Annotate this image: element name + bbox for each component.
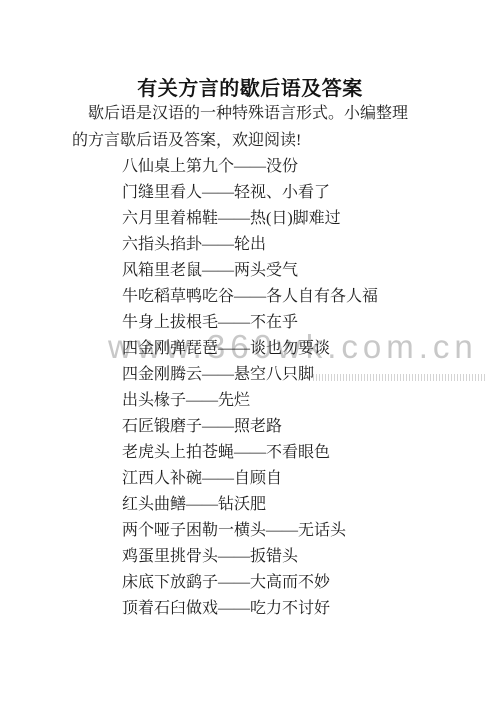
page-title: 有关方言的歇后语及答案 bbox=[0, 72, 500, 101]
list-item: 六指头掐卦——轮出 bbox=[122, 232, 480, 258]
list-item: 江西人补碗——自顾自 bbox=[122, 466, 480, 492]
list-item: 四金刚弹琵琶——谈也勿要谈 bbox=[122, 336, 480, 362]
xiehouyu-list: 八仙桌上第九个——没份 门缝里看人——轻视、小看了 六月里着棉鞋——热(日)脚难… bbox=[122, 154, 480, 622]
list-item: 鸡蛋里挑骨头——扳错头 bbox=[122, 544, 480, 570]
list-item: 门缝里看人——轻视、小看了 bbox=[122, 180, 480, 206]
intro-line: 歇后语是汉语的一种特殊语言形式。小编整理 bbox=[72, 100, 460, 127]
document-page: www.360wk.com.cn 有关方言的歇后语及答案 歇后语是汉语的一种特殊… bbox=[0, 0, 500, 708]
list-item: 顶着石臼做戏——吃力不讨好 bbox=[122, 596, 480, 622]
list-item: 石匠锻磨子——照老路 bbox=[122, 414, 480, 440]
list-item: 出头椽子——先烂 bbox=[122, 388, 480, 414]
list-item: 老虎头上拍苍蝇——不看眼色 bbox=[122, 440, 480, 466]
list-item: 风箱里老鼠——两头受气 bbox=[122, 258, 480, 284]
intro-line: 的方言歇后语及答案，欢迎阅读! bbox=[72, 127, 460, 154]
list-item: 六月里着棉鞋——热(日)脚难过 bbox=[122, 206, 480, 232]
list-item: 床底下放鹞子——大高而不妙 bbox=[122, 570, 480, 596]
intro-paragraph: 歇后语是汉语的一种特殊语言形式。小编整理 的方言歇后语及答案，欢迎阅读! bbox=[72, 100, 460, 154]
list-item: 牛身上拔根毛——不在乎 bbox=[122, 310, 480, 336]
list-item: 八仙桌上第九个——没份 bbox=[122, 154, 480, 180]
list-item: 四金刚腾云——悬空八只脚 bbox=[122, 362, 480, 388]
list-item: 红头曲鳝——钻沃肥 bbox=[122, 492, 480, 518]
list-item: 牛吃稻草鸭吃谷——各人自有各人福 bbox=[122, 284, 480, 310]
list-item: 两个哑子困勒一横头——无话头 bbox=[122, 518, 480, 544]
